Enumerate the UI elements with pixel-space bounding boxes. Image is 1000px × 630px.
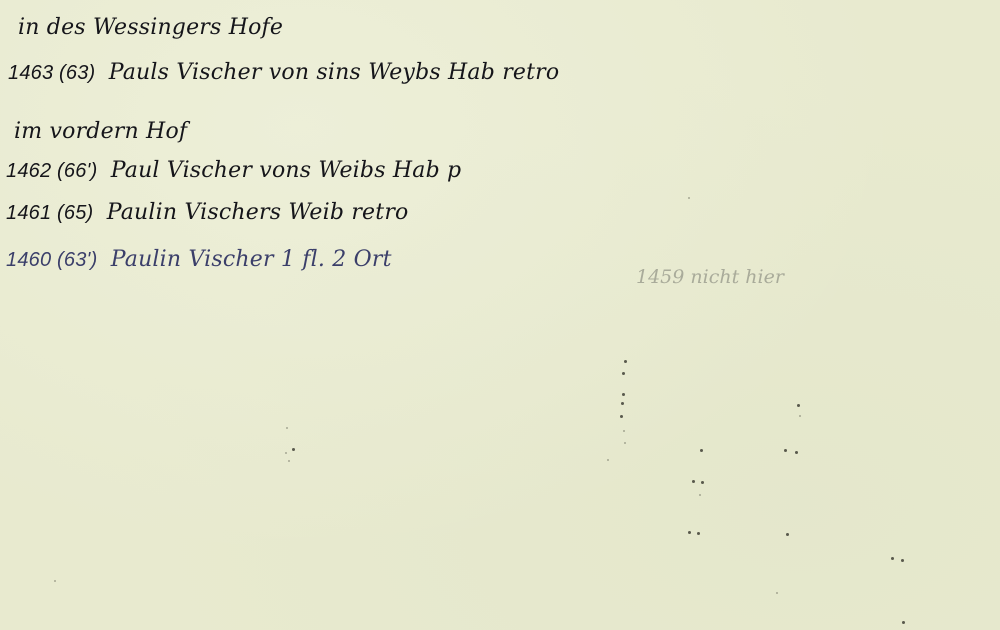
speck (701, 481, 704, 484)
entry-year: 1461 (65) (6, 202, 93, 224)
speck (700, 449, 703, 452)
entry-line-1461: 1461 (65) Paulin Vischers Weib retro (6, 200, 408, 225)
speck (795, 451, 798, 454)
speck (285, 452, 287, 454)
speck (699, 494, 701, 496)
speck (776, 592, 778, 594)
speck (288, 460, 290, 462)
speck (688, 197, 690, 199)
entry-year: 1462 (66') (6, 160, 97, 182)
speck (286, 427, 288, 429)
entry-year: 1460 (63') (6, 249, 97, 271)
line-text: in des Wessingers Hofe (18, 15, 283, 40)
speck (786, 533, 789, 536)
speck (624, 360, 627, 363)
speck (901, 559, 904, 562)
speck (620, 415, 623, 418)
speck (697, 532, 700, 535)
speck (797, 404, 800, 407)
speck (624, 442, 626, 444)
location-heading-wessinger-hof: in des Wessingers Hofe (18, 12, 283, 40)
speck (621, 402, 624, 405)
line-text: Paulin Vischer 1 fl. 2 Ort (111, 247, 392, 272)
entry-year: 1463 (63) (8, 62, 95, 84)
scanned-document-page: in des Wessingers Hofe 1463 (63) Pauls V… (0, 0, 1000, 630)
speck (784, 449, 787, 452)
line-text: Paul Vischer vons Weibs Hab p (111, 158, 462, 183)
speck (54, 580, 56, 582)
entry-line-1463: 1463 (63) Pauls Vischer von sins Weybs H… (8, 60, 559, 85)
speck (799, 415, 801, 417)
speck (292, 448, 295, 451)
entry-line-1462: 1462 (66') Paul Vischer vons Weibs Hab p (6, 158, 461, 183)
speck (622, 393, 625, 396)
speck (607, 459, 609, 461)
speck (623, 430, 625, 432)
speck (692, 480, 695, 483)
line-text: im vordern Hof (14, 119, 187, 144)
speck (688, 531, 691, 534)
location-heading-vordern-hof: im vordern Hof (14, 116, 187, 144)
entry-line-1460: 1460 (63') Paulin Vischer 1 fl. 2 Ort (6, 247, 392, 272)
line-text: Paulin Vischers Weib retro (107, 200, 409, 225)
line-text: Pauls Vischer von sins Weybs Hab retro (109, 60, 560, 85)
speck (891, 557, 894, 560)
speck (622, 372, 625, 375)
pencil-annotation: 1459 nicht hier (636, 266, 784, 288)
speck (902, 621, 905, 624)
